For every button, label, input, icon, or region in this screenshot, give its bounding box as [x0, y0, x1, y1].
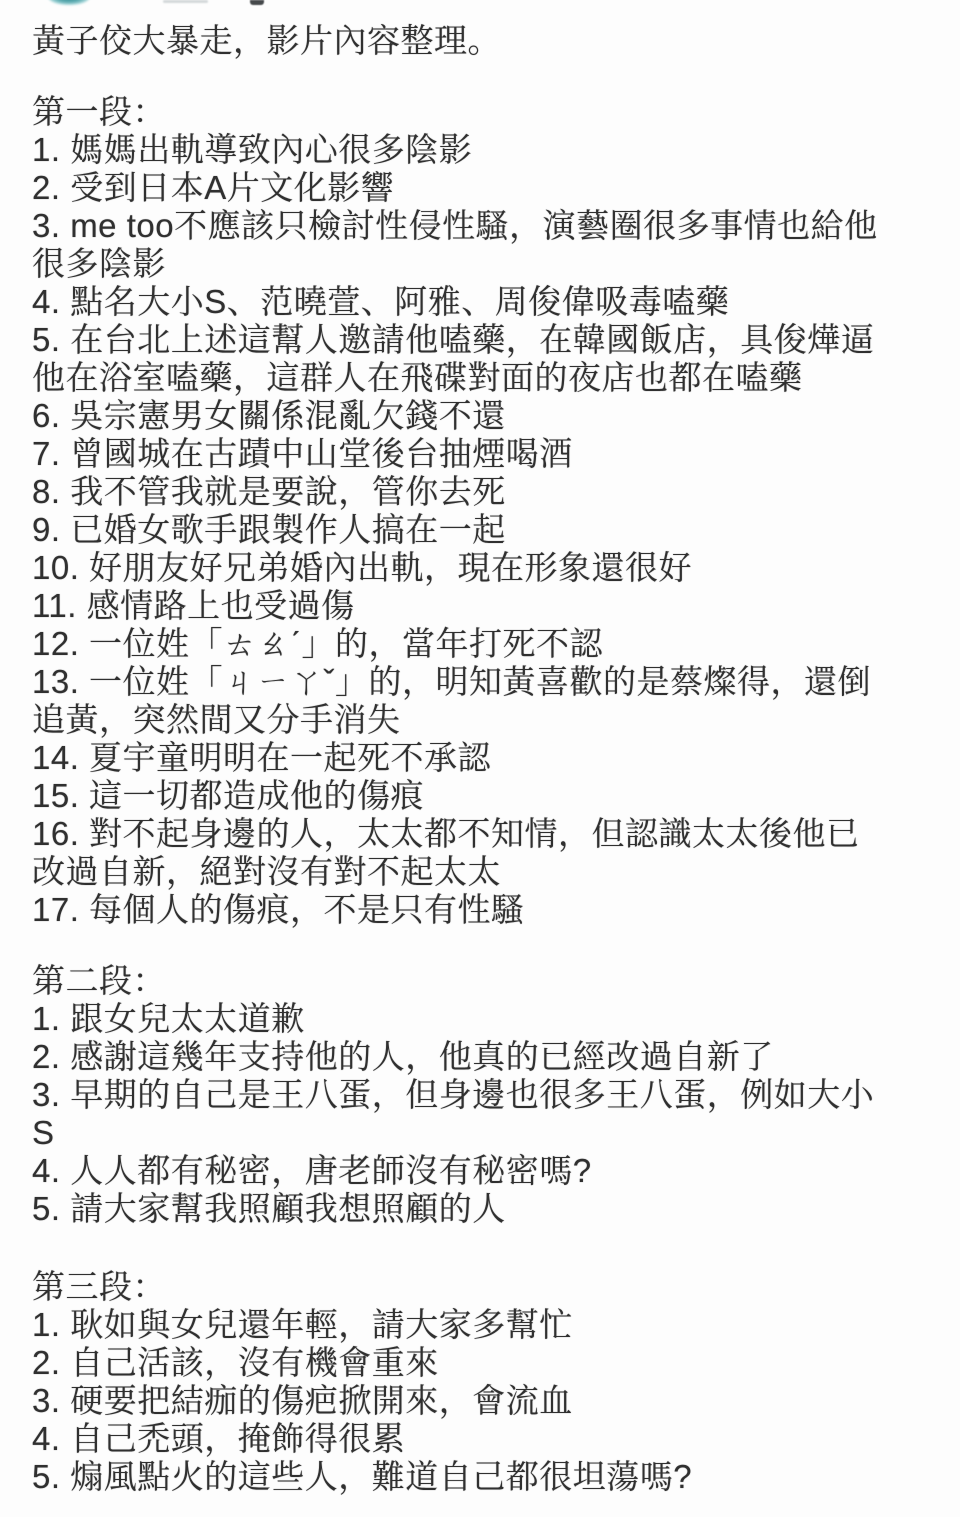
text-line: 2. 自己活該，沒有機會重來: [32, 1344, 938, 1382]
section-3: 第三段： 1. 耿如與女兒還年輕，請大家多幫忙2. 自己活該，沒有機會重來3. …: [32, 1268, 938, 1496]
text-line: 1. 媽媽出軌導致內心很多陰影: [32, 131, 938, 169]
text-line: 3. 早期的自己是王八蛋，但身邊也很多王八蛋，例如大小: [32, 1076, 938, 1114]
section-1-lines: 1. 媽媽出軌導致內心很多陰影2. 受到日本A片文化影響3. me too不應該…: [32, 131, 938, 929]
text-line: 3. 硬要把結痂的傷疤掀開來，會流血: [32, 1382, 938, 1420]
text-line: 6. 吳宗憲男女關係混亂欠錢不還: [32, 397, 938, 435]
section-2-heading: 第二段：: [32, 962, 938, 1000]
section-1-heading: 第一段：: [32, 93, 938, 131]
cropped-text-fragment: [250, 0, 264, 5]
section-2-lines: 1. 跟女兒太太道歉2. 感謝這幾年支持他的人，他真的已經改過自新了3. 早期的…: [32, 1000, 938, 1228]
text-line: 10. 好朋友好兄弟婚內出軌，現在形象還很好: [32, 549, 938, 587]
cropped-text-fragment: [163, 0, 208, 3]
cropped-header-remnants: [0, 0, 960, 12]
post-body: 黃子佼大暴走，影片內容整理。 第一段： 1. 媽媽出軌導致內心很多陰影2. 受到…: [32, 22, 938, 1496]
text-line: 2. 感謝這幾年支持他的人，他真的已經改過自新了: [32, 1038, 938, 1076]
screenshot-page: 黃子佼大暴走，影片內容整理。 第一段： 1. 媽媽出軌導致內心很多陰影2. 受到…: [0, 0, 960, 1517]
section-1: 第一段： 1. 媽媽出軌導致內心很多陰影2. 受到日本A片文化影響3. me t…: [32, 93, 938, 929]
text-line: 5. 煽風點火的這些人，難道自己都很坦蕩嗎?: [32, 1458, 938, 1496]
section-3-heading: 第三段：: [32, 1268, 938, 1306]
section-3-lines: 1. 耿如與女兒還年輕，請大家多幫忙2. 自己活該，沒有機會重來3. 硬要把結痂…: [32, 1306, 938, 1496]
text-line: 改過自新，絕對沒有對不起太太: [32, 853, 938, 891]
text-line: 1. 跟女兒太太道歉: [32, 1000, 938, 1038]
text-line: 他在浴室嗑藥，這群人在飛碟對面的夜店也都在嗑藥: [32, 359, 938, 397]
section-2: 第二段： 1. 跟女兒太太道歉2. 感謝這幾年支持他的人，他真的已經改過自新了3…: [32, 962, 938, 1228]
text-line: 8. 我不管我就是要說，管你去死: [32, 473, 938, 511]
text-line: 4. 自己禿頭，掩飾得很累: [32, 1420, 938, 1458]
text-line: 2. 受到日本A片文化影響: [32, 169, 938, 207]
text-line: 17. 每個人的傷痕，不是只有性騷: [32, 891, 938, 929]
post-title: 黃子佼大暴走，影片內容整理。: [32, 22, 938, 60]
text-line: 13. 一位姓「ㄐㄧㄚˇ」的，明知黃喜歡的是蔡燦得，還倒: [32, 663, 938, 701]
text-line: 4. 人人都有秘密，唐老師沒有秘密嗎?: [32, 1152, 938, 1190]
text-line: 16. 對不起身邊的人，太太都不知情，但認識太太後他已: [32, 815, 938, 853]
text-line: 7. 曾國城在古蹟中山堂後台抽煙喝酒: [32, 435, 938, 473]
text-line: 3. me too不應該只檢討性侵性騷，演藝圈很多事情也給他: [32, 207, 938, 245]
text-line: 15. 這一切都造成他的傷痕: [32, 777, 938, 815]
text-line: S: [32, 1114, 938, 1152]
text-line: 12. 一位姓「ㄊㄠˊ」的，當年打死不認: [32, 625, 938, 663]
avatar-fragment-icon: [48, 0, 90, 5]
text-line: 追黃，突然間又分手消失: [32, 701, 938, 739]
text-line: 5. 在台北上述這幫人邀請他嗑藥，在韓國飯店，具俊燁逼: [32, 321, 938, 359]
text-line: 很多陰影: [32, 245, 938, 283]
text-line: 9. 已婚女歌手跟製作人搞在一起: [32, 511, 938, 549]
text-line: 14. 夏宇童明明在一起死不承認: [32, 739, 938, 777]
text-line: 11. 感情路上也受過傷: [32, 587, 938, 625]
text-line: 5. 請大家幫我照顧我想照顧的人: [32, 1190, 938, 1228]
text-line: 1. 耿如與女兒還年輕，請大家多幫忙: [32, 1306, 938, 1344]
text-line: 4. 點名大小S、范曉萱、阿雅、周俊偉吸毒嗑藥: [32, 283, 938, 321]
